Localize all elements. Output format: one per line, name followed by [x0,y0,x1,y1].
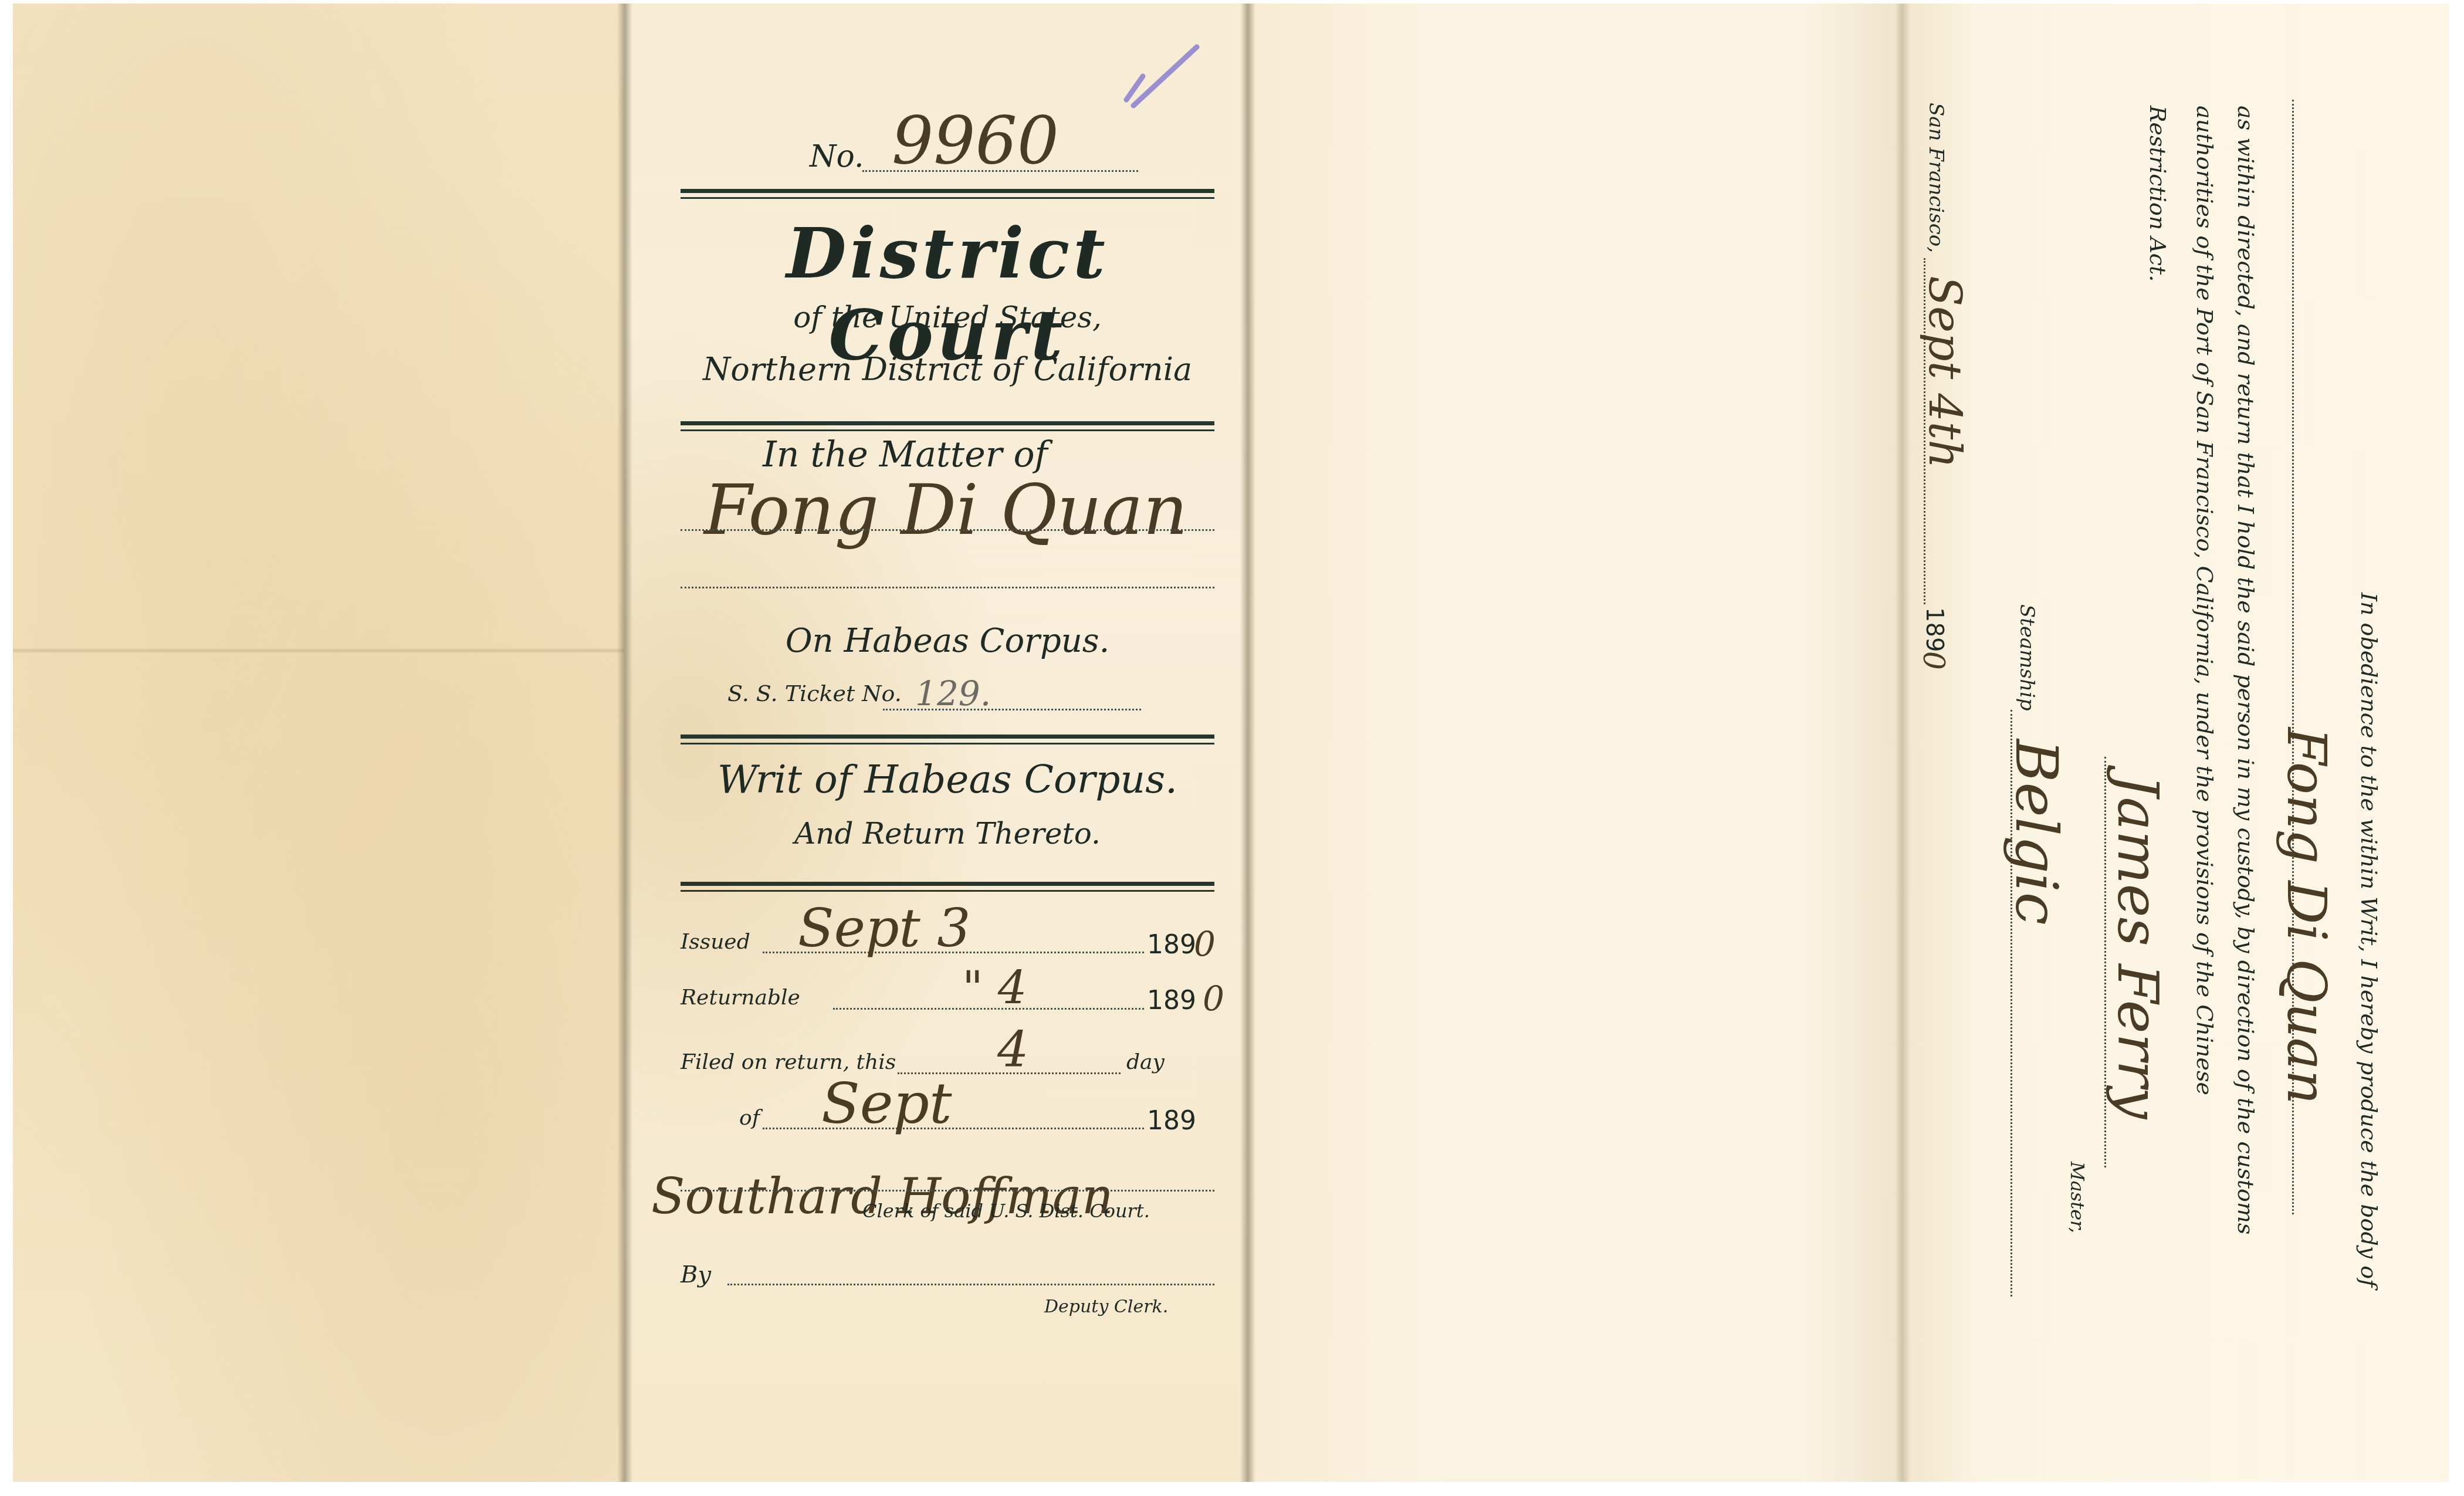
deputy-label: Deputy Clerk. [1044,1297,1168,1317]
return-person-name: Fong Di Quan [2275,727,2338,1105]
case-number-value: 9960 [892,103,1059,179]
master-signature: James Ferry [2105,774,2171,1119]
filed-day-value: 4 [997,1021,1028,1078]
returnable-value: " 4 [962,962,1027,1015]
return-date-value: Sept 4th [1919,276,1971,468]
place-label: San Francisco, [1924,103,1948,253]
master-label: Master, [2066,1162,2089,1233]
court-subtitle-2: Northern District of California [681,351,1214,388]
steamship-label: Steamship [2015,604,2039,711]
court-subtitle-1: of the United States, [681,300,1214,334]
proceeding-label: On Habeas Corpus. [681,622,1214,660]
clerk-label: Clerk of said U. S. Dist. Court. [862,1200,1150,1222]
return-line-4: Restriction Act. [2145,106,2171,282]
fold-crease [1895,4,1910,1482]
issued-value: Sept 3 [798,898,971,959]
blank-back-panel [13,4,624,1482]
return-line-1: In obedience to the within Writ, I hereb… [2356,593,2382,1287]
blank-inner-panel [1247,4,1902,1482]
return-line-3: authorities of the Port of San Francisco… [2192,106,2218,1095]
dotted-line [681,529,1214,531]
issued-year-suffix: 0 [1194,924,1216,964]
double-rule [681,735,1214,747]
filed-year-prefix: 189 [1147,1106,1196,1136]
steamship-value: Belgic [2002,739,2071,925]
filed-day-suffix: day [1126,1050,1165,1074]
return-year-prefix: 189 [1921,607,1948,652]
ticket-label: S. S. Ticket No. [727,681,902,706]
case-number-field: No. 9960 [810,114,1138,179]
writ-subtitle: And Return Thereto. [681,817,1214,851]
ticket-value: 129. [915,673,991,713]
filed-month-value: Sept [821,1071,952,1136]
double-rule [681,189,1214,202]
horizontal-crease [13,648,624,654]
returnable-label: Returnable [681,986,800,1010]
matter-name: Fong Di Quan [704,469,1187,550]
return-year-suffix: 0 [1917,651,1951,670]
check-mark-icon [1115,35,1203,117]
fold-crease [617,4,632,1482]
dotted-line [681,587,1214,588]
returnable-year-suffix: 0 [1203,979,1224,1018]
return-line-2: as within directed, and return that I ho… [2233,106,2259,1234]
dotted-line [727,1284,1214,1285]
case-number-label: No. [810,139,864,174]
fold-crease [1240,4,1255,1482]
double-rule [681,421,1214,434]
double-rule [681,882,1214,895]
writ-title: Writ of Habeas Corpus. [681,757,1214,802]
by-label: By [681,1261,711,1288]
issued-year-prefix: 189 [1147,930,1196,960]
filed-of-label: of [739,1106,760,1130]
issued-label: Issued [681,930,750,954]
returnable-year-prefix: 189 [1147,986,1196,1016]
document-sheet [13,4,2449,1482]
dotted-line [763,1128,1144,1129]
dotted-line [681,1190,1214,1192]
